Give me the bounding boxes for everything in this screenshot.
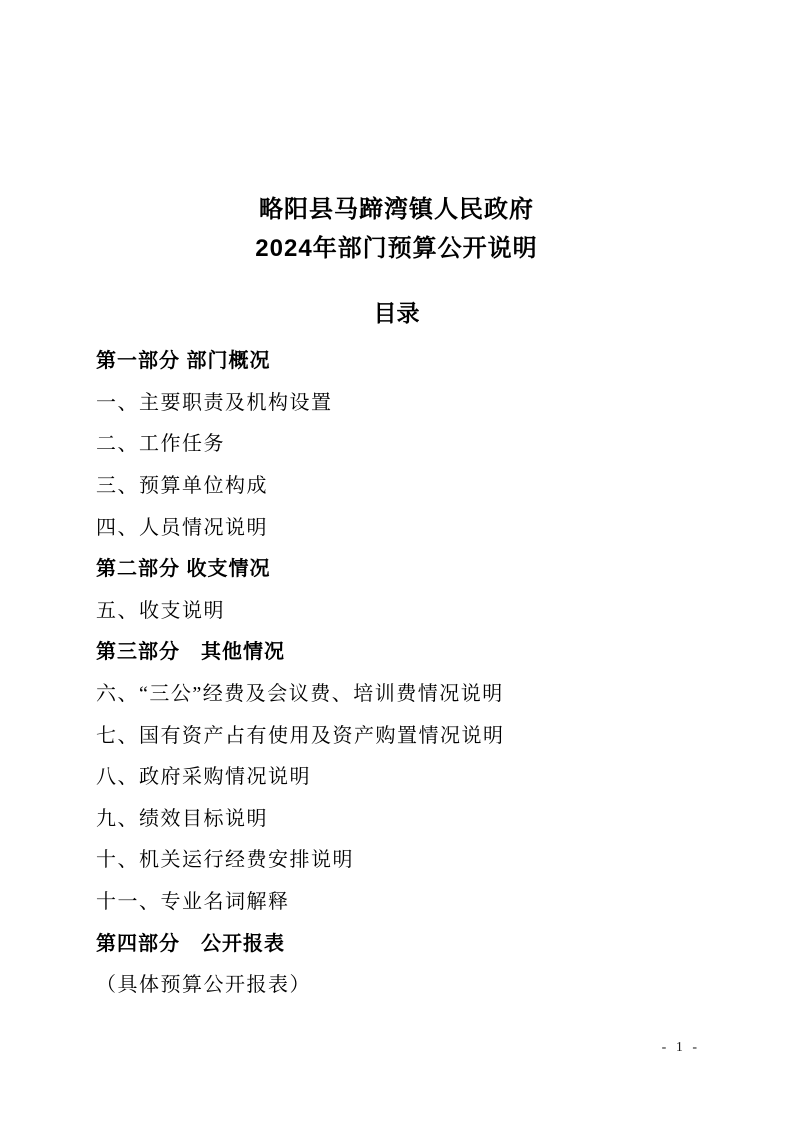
toc-item: 十、机关运行经费安排说明 [96, 837, 703, 879]
document-title-line1: 略阳县马蹄湾镇人民政府 [0, 190, 793, 229]
toc-item: 九、绩效目标说明 [96, 796, 703, 838]
toc-section-heading: 第一部分 部门概况 [96, 338, 703, 380]
document-page: 略阳县马蹄湾镇人民政府 2024年部门预算公开说明 目录 第一部分 部门概况 一… [0, 0, 793, 1122]
toc-item: 十一、专业名词解释 [96, 879, 703, 921]
toc-item: 七、国有资产占有使用及资产购置情况说明 [96, 712, 703, 754]
toc-heading: 目录 [0, 294, 793, 333]
toc-section-heading: 第三部分 其他情况 [96, 629, 703, 671]
page-number: - 1 - [662, 1040, 700, 1056]
toc-item: 六、“三公”经费及会议费、培训费情况说明 [96, 671, 703, 713]
toc-item: （具体预算公开报表） [96, 962, 703, 1004]
toc-item: 三、预算单位构成 [96, 463, 703, 505]
toc-item: 一、主要职责及机构设置 [96, 380, 703, 422]
toc-section-heading: 第二部分 收支情况 [96, 546, 703, 588]
toc-list: 第一部分 部门概况 一、主要职责及机构设置 二、工作任务 三、预算单位构成 四、… [0, 338, 793, 1004]
toc-item: 八、政府采购情况说明 [96, 754, 703, 796]
toc-item: 二、工作任务 [96, 421, 703, 463]
document-title-line2: 2024年部门预算公开说明 [0, 229, 793, 268]
toc-item: 四、人员情况说明 [96, 504, 703, 546]
toc-item: 五、收支说明 [96, 588, 703, 630]
toc-section-heading: 第四部分 公开报表 [96, 920, 703, 962]
document-content: 略阳县马蹄湾镇人民政府 2024年部门预算公开说明 目录 第一部分 部门概况 一… [0, 0, 793, 1004]
